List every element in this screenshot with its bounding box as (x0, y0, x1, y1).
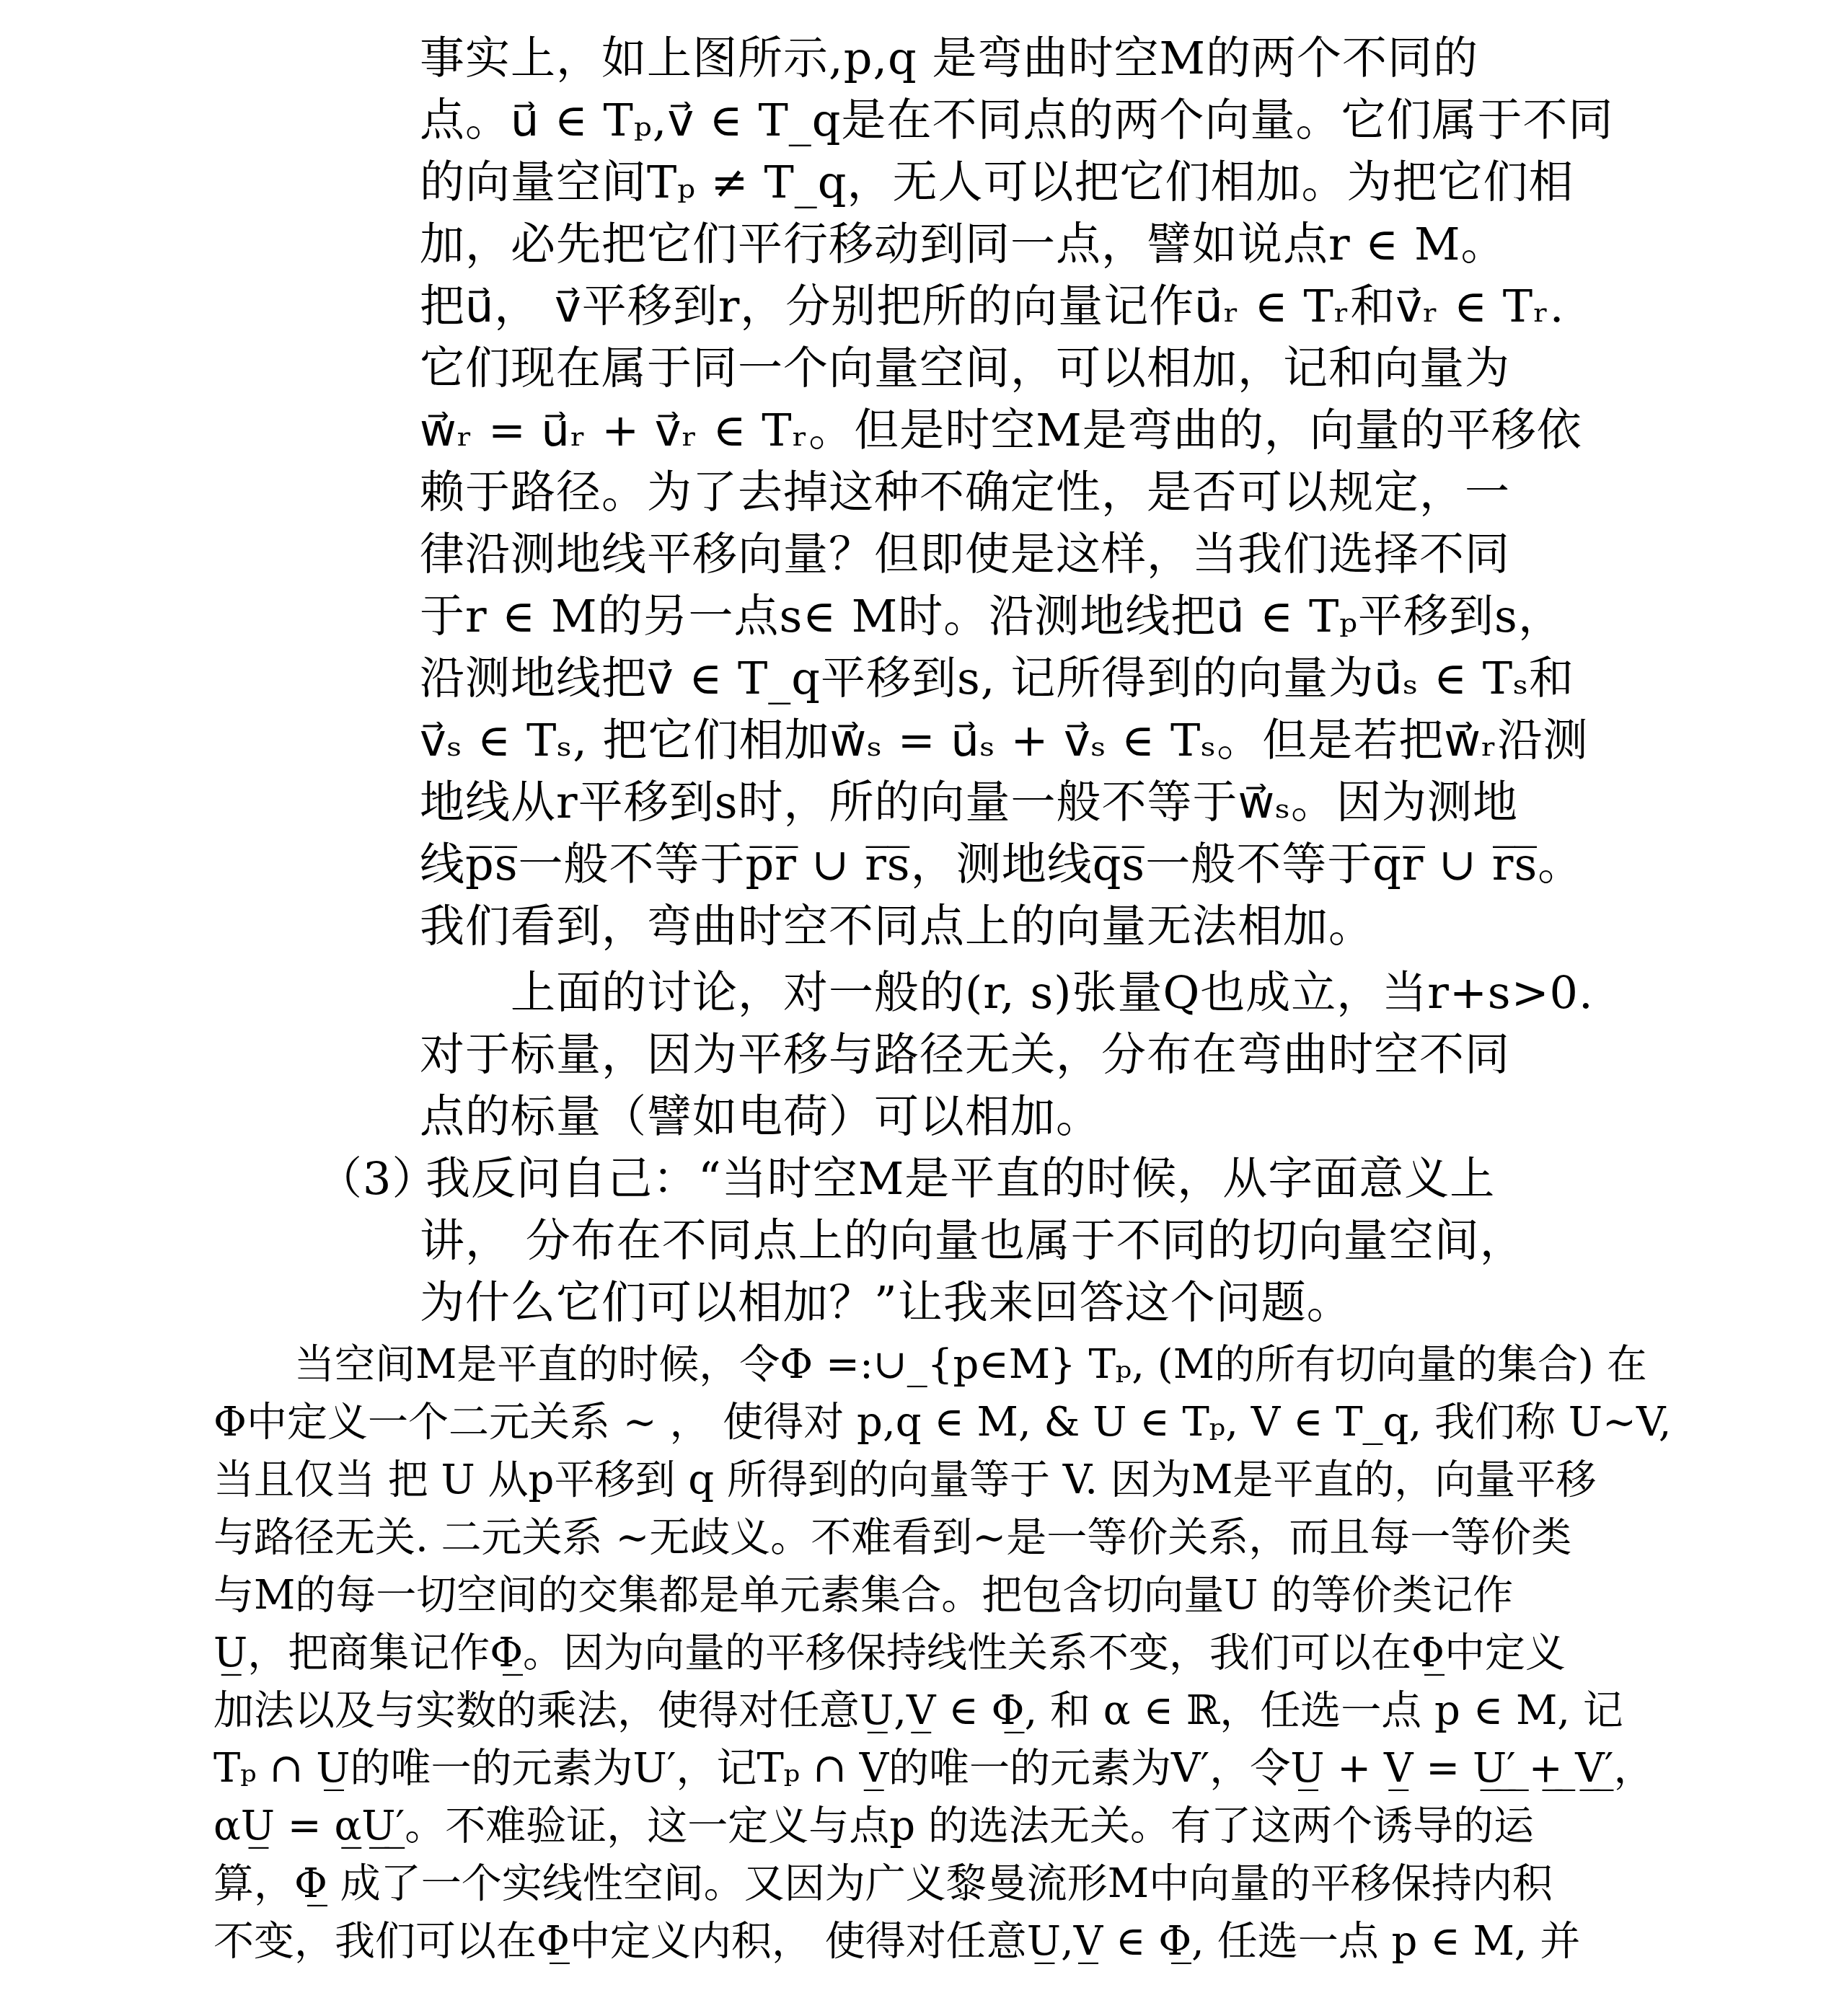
text-line: 加法以及与实数的乘法，使得对任意U̲,V̲ ∈ Φ̲, 和 α ∈ ℝ，任选一点… (213, 1680, 1623, 1742)
text-line: 当且仅当 把 U 从p平移到 q 所得到的向量等于 V. 因为M是平直的，向量平… (213, 1449, 1596, 1511)
text-line: v⃗ₛ ∈ Tₛ, 把它们相加w⃗ₛ = u⃗ₛ + v⃗ₛ ∈ Tₛ。但是若把… (420, 709, 1588, 772)
text-line: 与M的每一切空间的交集都是单元素集合。把包含切向量U 的等价类记作 (213, 1565, 1513, 1627)
text-line: U̲，把商集记作Φ̲。因为向量的平移保持线性关系不变，我们可以在Φ̲中定义 (213, 1622, 1566, 1684)
text-line: 加，必先把它们平行移动到同一点，譬如说点r ∈ M。 (420, 213, 1506, 275)
text-line: 与路径无关. 二元关系 ~无歧义。不难看到~是一等价关系，而且每一等价类 (213, 1507, 1571, 1569)
text-line: 点的标量（譬如电荷）可以相加。 (420, 1086, 1101, 1148)
text-line: 上面的讨论，对一般的(r, s)张量Q也成立，当r+s>0. (420, 962, 1594, 1024)
document-page: 事实上，如上图所示,p,q 是弯曲时空M的两个不同的 点。u⃗ ∈ Tₚ,v⃗ … (0, 0, 1839, 2016)
text-line: w⃗ᵣ = u⃗ᵣ + v⃗ᵣ ∈ Tᵣ。但是时空M是弯曲的，向量的平移依 (420, 399, 1582, 461)
text-line: 我反问自己：“当时空M是平直的时候，从字面意义上 (425, 1148, 1495, 1210)
text-line: 于r ∈ M的另一点s∈ M时。沿测地线把u⃗ ∈ Tₚ平移到s， (420, 585, 1564, 647)
text-line: Φ中定义一个二元关系 ~ ， 使得对 p,q ∈ M, & U ∈ Tₚ, V … (213, 1392, 1671, 1454)
item-number: （3） (317, 1148, 437, 1210)
text-line: 事实上，如上图所示,p,q 是弯曲时空M的两个不同的 (420, 27, 1478, 89)
text-line: 赖于路径。为了去掉这种不确定性，是否可以规定，一 (420, 461, 1510, 523)
text-line: 律沿测地线平移向量？但即使是这样，当我们选择不同 (420, 523, 1510, 585)
text-line: 不变，我们可以在Φ̲中定义内积， 使得对任意U̲,V̲ ∈ Φ̲, 任选一点 p… (213, 1911, 1580, 1973)
text-line: 点。u⃗ ∈ Tₚ,v⃗ ∈ T_q是在不同点的两个向量。它们属于不同 (420, 89, 1614, 151)
text-line: Tₚ ∩ U̲的唯一的元素为U′，记Tₚ ∩ V̲的唯一的元素为V′，令U̲ +… (213, 1738, 1654, 1800)
text-line: 沿测地线把v⃗ ∈ T_q平移到s, 记所得到的向量为u⃗ₛ ∈ Tₛ和 (420, 647, 1574, 709)
text-line: 线p̅s̅一般不等于p̅r̅ ∪ r̅s̅，测地线q̅s̅一般不等于q̅r̅ ∪… (420, 834, 1583, 896)
text-line: 我们看到，弯曲时空不同点上的向量无法相加。 (420, 896, 1374, 958)
text-line: 的向量空间Tₚ ≠ T_q，无人可以把它们相加。为把它们相 (420, 151, 1574, 213)
text-line: αU̲ = α̲U̲′̲。不难验证，这一定义与点p 的选法无关。有了这两个诱导的… (213, 1795, 1534, 1857)
text-line: 它们现在属于同一个向量空间，可以相加，记和向量为 (420, 337, 1510, 399)
text-line: 为什么它们可以相加？”让我来回答这个问题。 (420, 1272, 1352, 1334)
text-line: 对于标量，因为平移与路径无关，分布在弯曲时空不同 (420, 1024, 1510, 1086)
text-line: 当空间M是平直的时候，令Φ =:∪_{p∈M} Tₚ, (M的所有切向量的集合)… (213, 1334, 1647, 1396)
text-line: 讲， 分布在不同点上的向量也属于不同的切向量空间， (420, 1210, 1525, 1272)
text-line: 算，Φ̲ 成了一个实线性空间。又因为广义黎曼流形M中向量的平移保持内积 (213, 1853, 1553, 1915)
text-line: 把u⃗， v⃗平移到r，分别把所的向量记作u⃗ᵣ ∈ Tᵣ和v⃗ᵣ ∈ Tᵣ. (420, 275, 1564, 337)
text-line: 地线从r平移到s时，所的向量一般不等于w⃗ₛ。因为测地 (420, 772, 1518, 834)
